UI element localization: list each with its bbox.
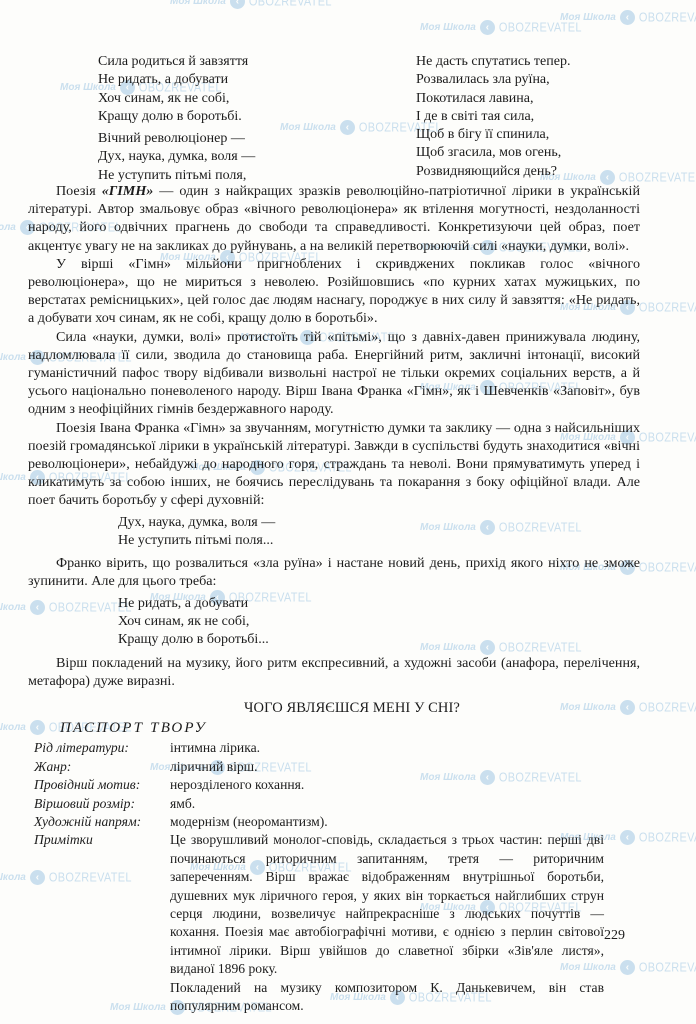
section-title: ЧОГО ЯВЛЯЄШСЯ МЕНІ У СНІ? xyxy=(28,699,640,717)
verse-right-column: Не дасть спутатись тепер. Розвалилась зл… xyxy=(416,53,570,181)
verse-line: Дух, наука, думка, воля — xyxy=(118,514,640,532)
main-text: Поезія «ГІМН» — один з найкращих зразків… xyxy=(28,182,640,1015)
verse-line: Не уступить пітьмі поля... xyxy=(118,532,640,550)
verse-line: Не дасть спутатись тепер. xyxy=(416,53,570,71)
verse-line: Щоб згасила, мов огень, xyxy=(416,144,570,162)
verse-line: Хоч синам, як не собі, xyxy=(118,613,640,631)
passport-key: Жанр: xyxy=(28,758,170,776)
verse-quote-1: Дух, наука, думка, воля — Не уступить пі… xyxy=(118,514,640,551)
watermark-brand-text: Моя Школа xyxy=(0,872,26,883)
passport-value: ліричний вірш. xyxy=(170,758,604,776)
textbook-page: Моя Школа‹OBOZREVATELМоя Школа‹OBOZREVAT… xyxy=(0,0,696,1024)
watermark-brand-text: OBOZREVATEL xyxy=(639,700,696,714)
passport-row: Примітки Це зворушливий монолог-сповідь,… xyxy=(28,831,640,978)
passport-row: Провідний мотив: нерозділеного кохання. xyxy=(28,776,640,794)
passport-key xyxy=(28,979,170,1016)
passport-row: Жанр: ліричний вірш. xyxy=(28,758,640,776)
page-number: 229 xyxy=(604,928,625,944)
verse-line: Розвидняющийся день? xyxy=(416,163,570,181)
watermark-brand-text: OBOZREVATEL xyxy=(249,0,332,9)
paragraph: У вірші «Гімн» мільйони пригноблених і с… xyxy=(28,255,640,328)
watermark-brand-text: OBOZREVATEL xyxy=(639,10,696,24)
watermark-brand-text: OBOZREVATEL xyxy=(499,20,582,34)
watermark-brand-text: Моя Школа xyxy=(280,122,336,133)
passport-row: Художній напрям: модернізм (неоромантизм… xyxy=(28,813,640,831)
verse-stanza-1: Сила родиться й завзяття Не ридать, а до… xyxy=(98,53,255,126)
passport-value: Покладений на музику композитором К. Дан… xyxy=(170,979,604,1016)
watermark-brand-text: Моя Школа xyxy=(0,602,26,613)
verse-line: Не ридать, а добувати xyxy=(118,595,640,613)
watermark-brand-text: Моя Школа xyxy=(420,22,476,33)
verse-line: Дух, наука, думка, воля — xyxy=(98,148,255,166)
paragraph: Вірш покладений на музику, його ритм екс… xyxy=(28,654,640,690)
watermark-brand-text: OBOZREVATEL xyxy=(639,960,696,974)
verse-line: Щоб в бігу її спинила, xyxy=(416,126,570,144)
paragraph: Франко вірить, що розвалиться «зла руїна… xyxy=(28,554,640,590)
passport-key: Віршовий розмір: xyxy=(28,795,170,813)
watermark-logo-icon: ‹ xyxy=(340,120,355,135)
verse-line: І де в світі тая сила, xyxy=(416,108,570,126)
watermark-brand-text: Моя Школа xyxy=(0,352,26,363)
passport-row: Віршовий розмір: ямб. xyxy=(28,795,640,813)
passport-table: Рід літератури: інтимна лірика. Жанр: лі… xyxy=(28,739,640,1015)
passport-row: Покладений на музику композитором К. Дан… xyxy=(28,979,640,1016)
verse-line: Хоч синам, як не собі, xyxy=(98,90,255,108)
verse-quote-2: Не ридать, а добувати Хоч синам, як не с… xyxy=(118,595,640,650)
watermark: Моя Школа‹OBOZREVATEL xyxy=(170,0,332,9)
watermark-brand-text: OBOZREVATEL xyxy=(639,300,696,314)
watermark-brand-text: Моя Школа xyxy=(0,722,26,733)
watermark: Моя Школа‹OBOZREVATEL xyxy=(560,10,696,25)
watermark-brand-text: Моя Школа xyxy=(560,12,616,23)
verse-line: Кращу долю в боротьбі. xyxy=(98,108,255,126)
text-span: Поезія xyxy=(56,183,102,199)
watermark-brand-text: OBOZREVATEL xyxy=(639,430,696,444)
poem-title-emphasis: «ГІМН» xyxy=(102,183,154,199)
watermark-brand-text: Моя Школа xyxy=(170,0,226,7)
passport-key: Провідний мотив: xyxy=(28,776,170,794)
watermark-logo-icon: ‹ xyxy=(480,20,495,35)
verse-line: Покотилася лавина, xyxy=(416,90,570,108)
passport-key: Рід літератури: xyxy=(28,739,170,757)
passport-heading: ПАСПОРТ ТВОРУ xyxy=(60,719,640,737)
passport-row: Рід літератури: інтимна лірика. xyxy=(28,739,640,757)
verse-stanza-2: Вічний революціонер — Дух, наука, думка,… xyxy=(98,130,255,185)
passport-value: Це зворушливий монолог-сповідь, складаєт… xyxy=(170,831,604,978)
passport-value: інтимна лірика. xyxy=(170,739,604,757)
verse-line: Вічний революціонер — xyxy=(98,130,255,148)
passport-value: ямб. xyxy=(170,795,604,813)
verse-line: Кращу долю в боротьбі... xyxy=(118,631,640,649)
watermark-brand-text: OBOZREVATEL xyxy=(639,830,696,844)
paragraph-intro: Поезія «ГІМН» — один з найкращих зразків… xyxy=(28,182,640,255)
watermark-logo-icon: ‹ xyxy=(620,10,635,25)
verse-left-column: Сила родиться й завзяття Не ридать, а до… xyxy=(98,53,255,185)
paragraph: Сила «науки, думки, волі» протистоїть ті… xyxy=(28,328,640,419)
paragraph: Поезія Івана Франка «Гімн» за звучанням,… xyxy=(28,419,640,510)
verse-line: Розвалилась зла руїна, xyxy=(416,71,570,89)
watermark: Моя Школа‹OBOZREVATEL xyxy=(420,20,582,35)
watermark-logo-icon: ‹ xyxy=(230,0,245,9)
watermark-brand-text: Моя Школа xyxy=(0,222,16,233)
passport-value: модернізм (неоромантизм). xyxy=(170,813,604,831)
verse-line: Не ридать, а добувати xyxy=(98,71,255,89)
passport-key: Художній напрям: xyxy=(28,813,170,831)
watermark-brand-text: Моя Школа xyxy=(0,472,26,483)
passport-key: Примітки xyxy=(28,831,170,978)
verse-line: Сила родиться й завзяття xyxy=(98,53,255,71)
passport-value: нерозділеного кохання. xyxy=(170,776,604,794)
watermark-brand-text: OBOZREVATEL xyxy=(639,560,696,574)
